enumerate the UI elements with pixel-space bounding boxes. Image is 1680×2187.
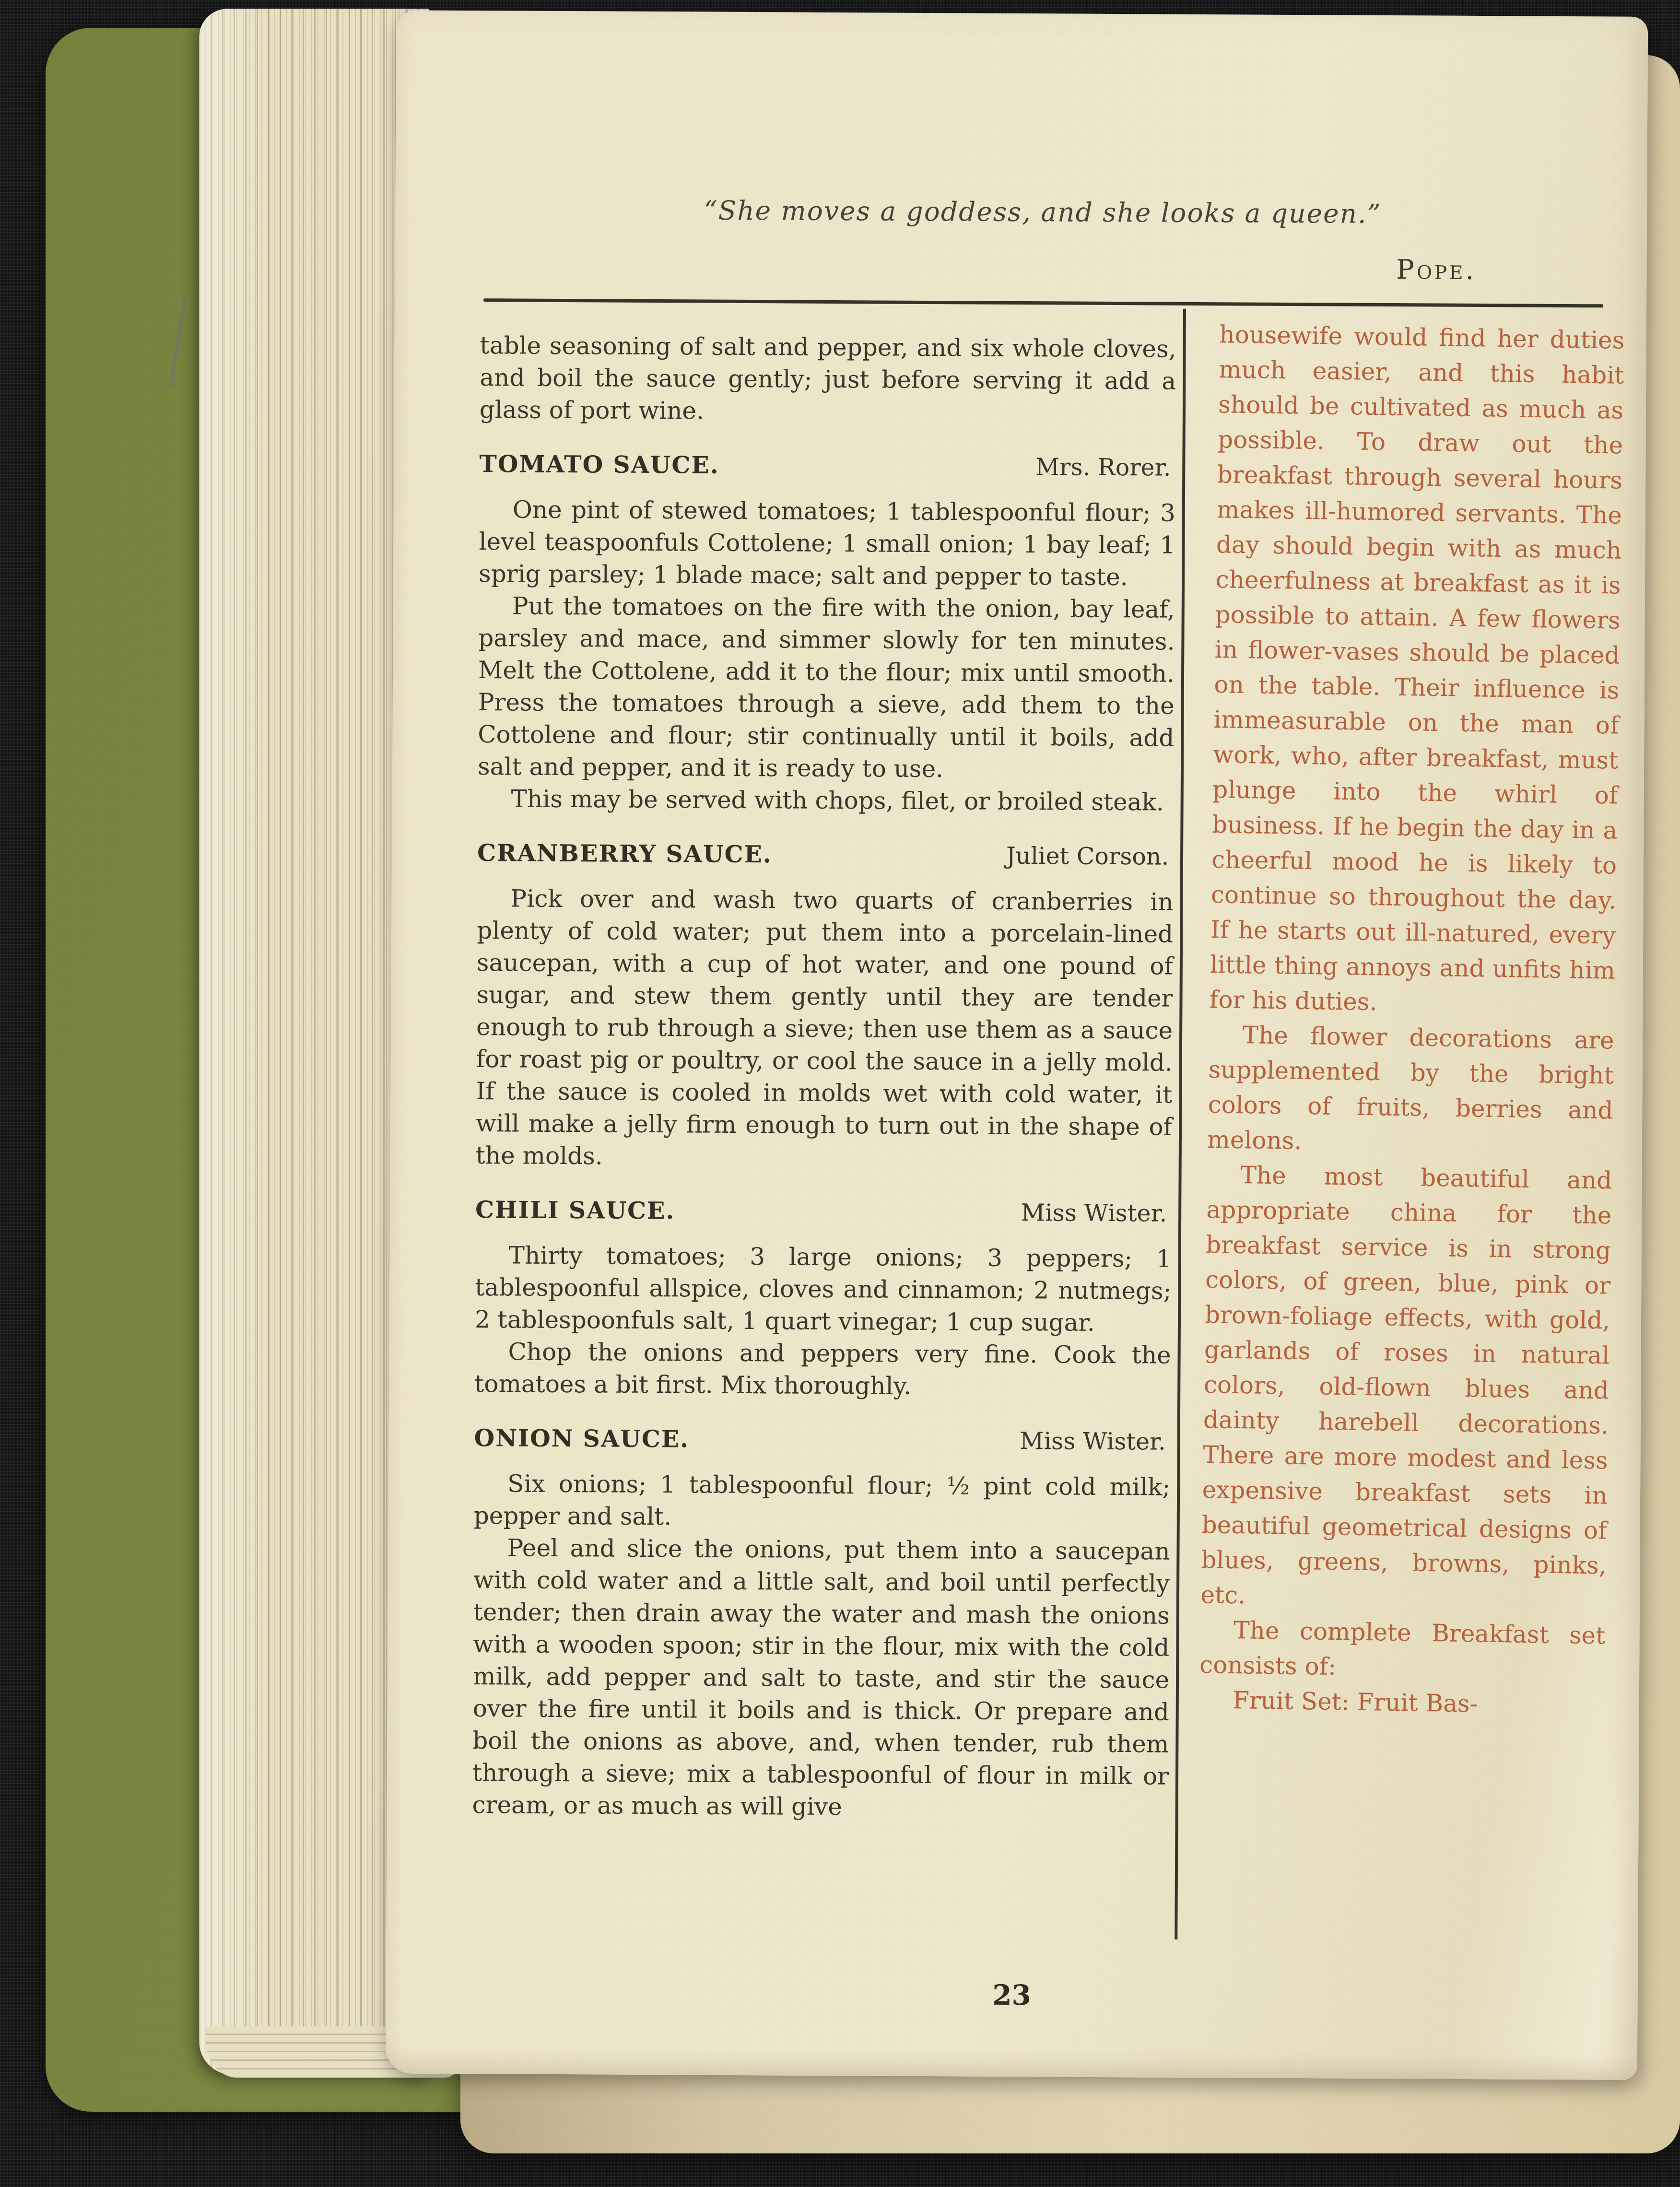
recipe-paragraph: Peel and slice the onions, put them into… <box>472 1532 1170 1825</box>
pencil-mark <box>169 297 186 390</box>
breakfast-paragraph: The most beautiful and appropriate china… <box>1200 1157 1612 1618</box>
recipe-heading-tomato-sauce: TOMATO SAUCE. Mrs. Rorer. <box>479 448 1175 484</box>
recipe-author: Mrs. Rorer. <box>1035 451 1176 484</box>
recipe-heading-onion-sauce: ONION SAUCE. Miss Wister. <box>474 1422 1171 1458</box>
recipe-paragraph: Thirty tomatoes; 3 large onions; 3 peppe… <box>475 1239 1172 1340</box>
breakfast-paragraph: Fruit Set: Fruit Bas- <box>1199 1682 1605 1724</box>
page-number: 23 <box>386 1975 1637 2015</box>
recipe-author: Miss Wister. <box>1020 1425 1171 1458</box>
book-page: “She moves a goddess, and she looks a qu… <box>386 10 1648 2080</box>
epigraph-quote: “She moves a goddess, and she looks a qu… <box>539 194 1546 230</box>
breakfast-paragraph: The complete Breakfast set consists of: <box>1199 1612 1606 1689</box>
recipe-title: TOMATO SAUCE. <box>479 448 719 482</box>
recipe-heading-cranberry-sauce: CRANBERRY SAUCE. Juliet Corson. <box>477 837 1174 873</box>
recipe-author: Miss Wister. <box>1021 1197 1172 1230</box>
recipe-paragraph: Put the tomatoes on the fire with the on… <box>478 590 1175 787</box>
breakfast-paragraph: housewife would find her duties much eas… <box>1209 317 1625 1023</box>
recipe-title: CRANBERRY SAUCE. <box>477 837 772 870</box>
recipe-paragraph: This may be served with chops, filet, or… <box>477 783 1174 819</box>
column-divider <box>1175 309 1186 1940</box>
epigraph-attribution: Pope. <box>1396 254 1477 286</box>
recipe-title: ONION SAUCE. <box>474 1422 690 1455</box>
recipe-paragraph: One pint of stewed tomatoes; 1 tablespoo… <box>479 494 1175 594</box>
breakfast-paragraph: The flower decorations are supplemented … <box>1207 1017 1614 1164</box>
recipe-title: CHILI SAUCE. <box>475 1194 675 1227</box>
recipe-paragraph: Pick over and wash two quarts of cranber… <box>476 882 1174 1176</box>
scanned-book-photo: “She moves a goddess, and she looks a qu… <box>0 0 1680 2187</box>
right-column-breakfast-text: housewife would find her duties much eas… <box>1199 317 1625 1723</box>
left-column-recipes: table seasoning of salt and pepper, and … <box>472 329 1176 1825</box>
continuation-paragraph: table seasoning of salt and pepper, and … <box>480 329 1176 430</box>
recipe-paragraph: Six onions; 1 tablespoonful flour; ½ pin… <box>474 1468 1171 1536</box>
recipe-author: Juliet Corson. <box>1006 840 1174 873</box>
recipe-paragraph: Chop the onions and peppers very fine. C… <box>474 1336 1171 1404</box>
header-rule <box>483 298 1603 307</box>
recipe-heading-chili-sauce: CHILI SAUCE. Miss Wister. <box>475 1194 1172 1230</box>
